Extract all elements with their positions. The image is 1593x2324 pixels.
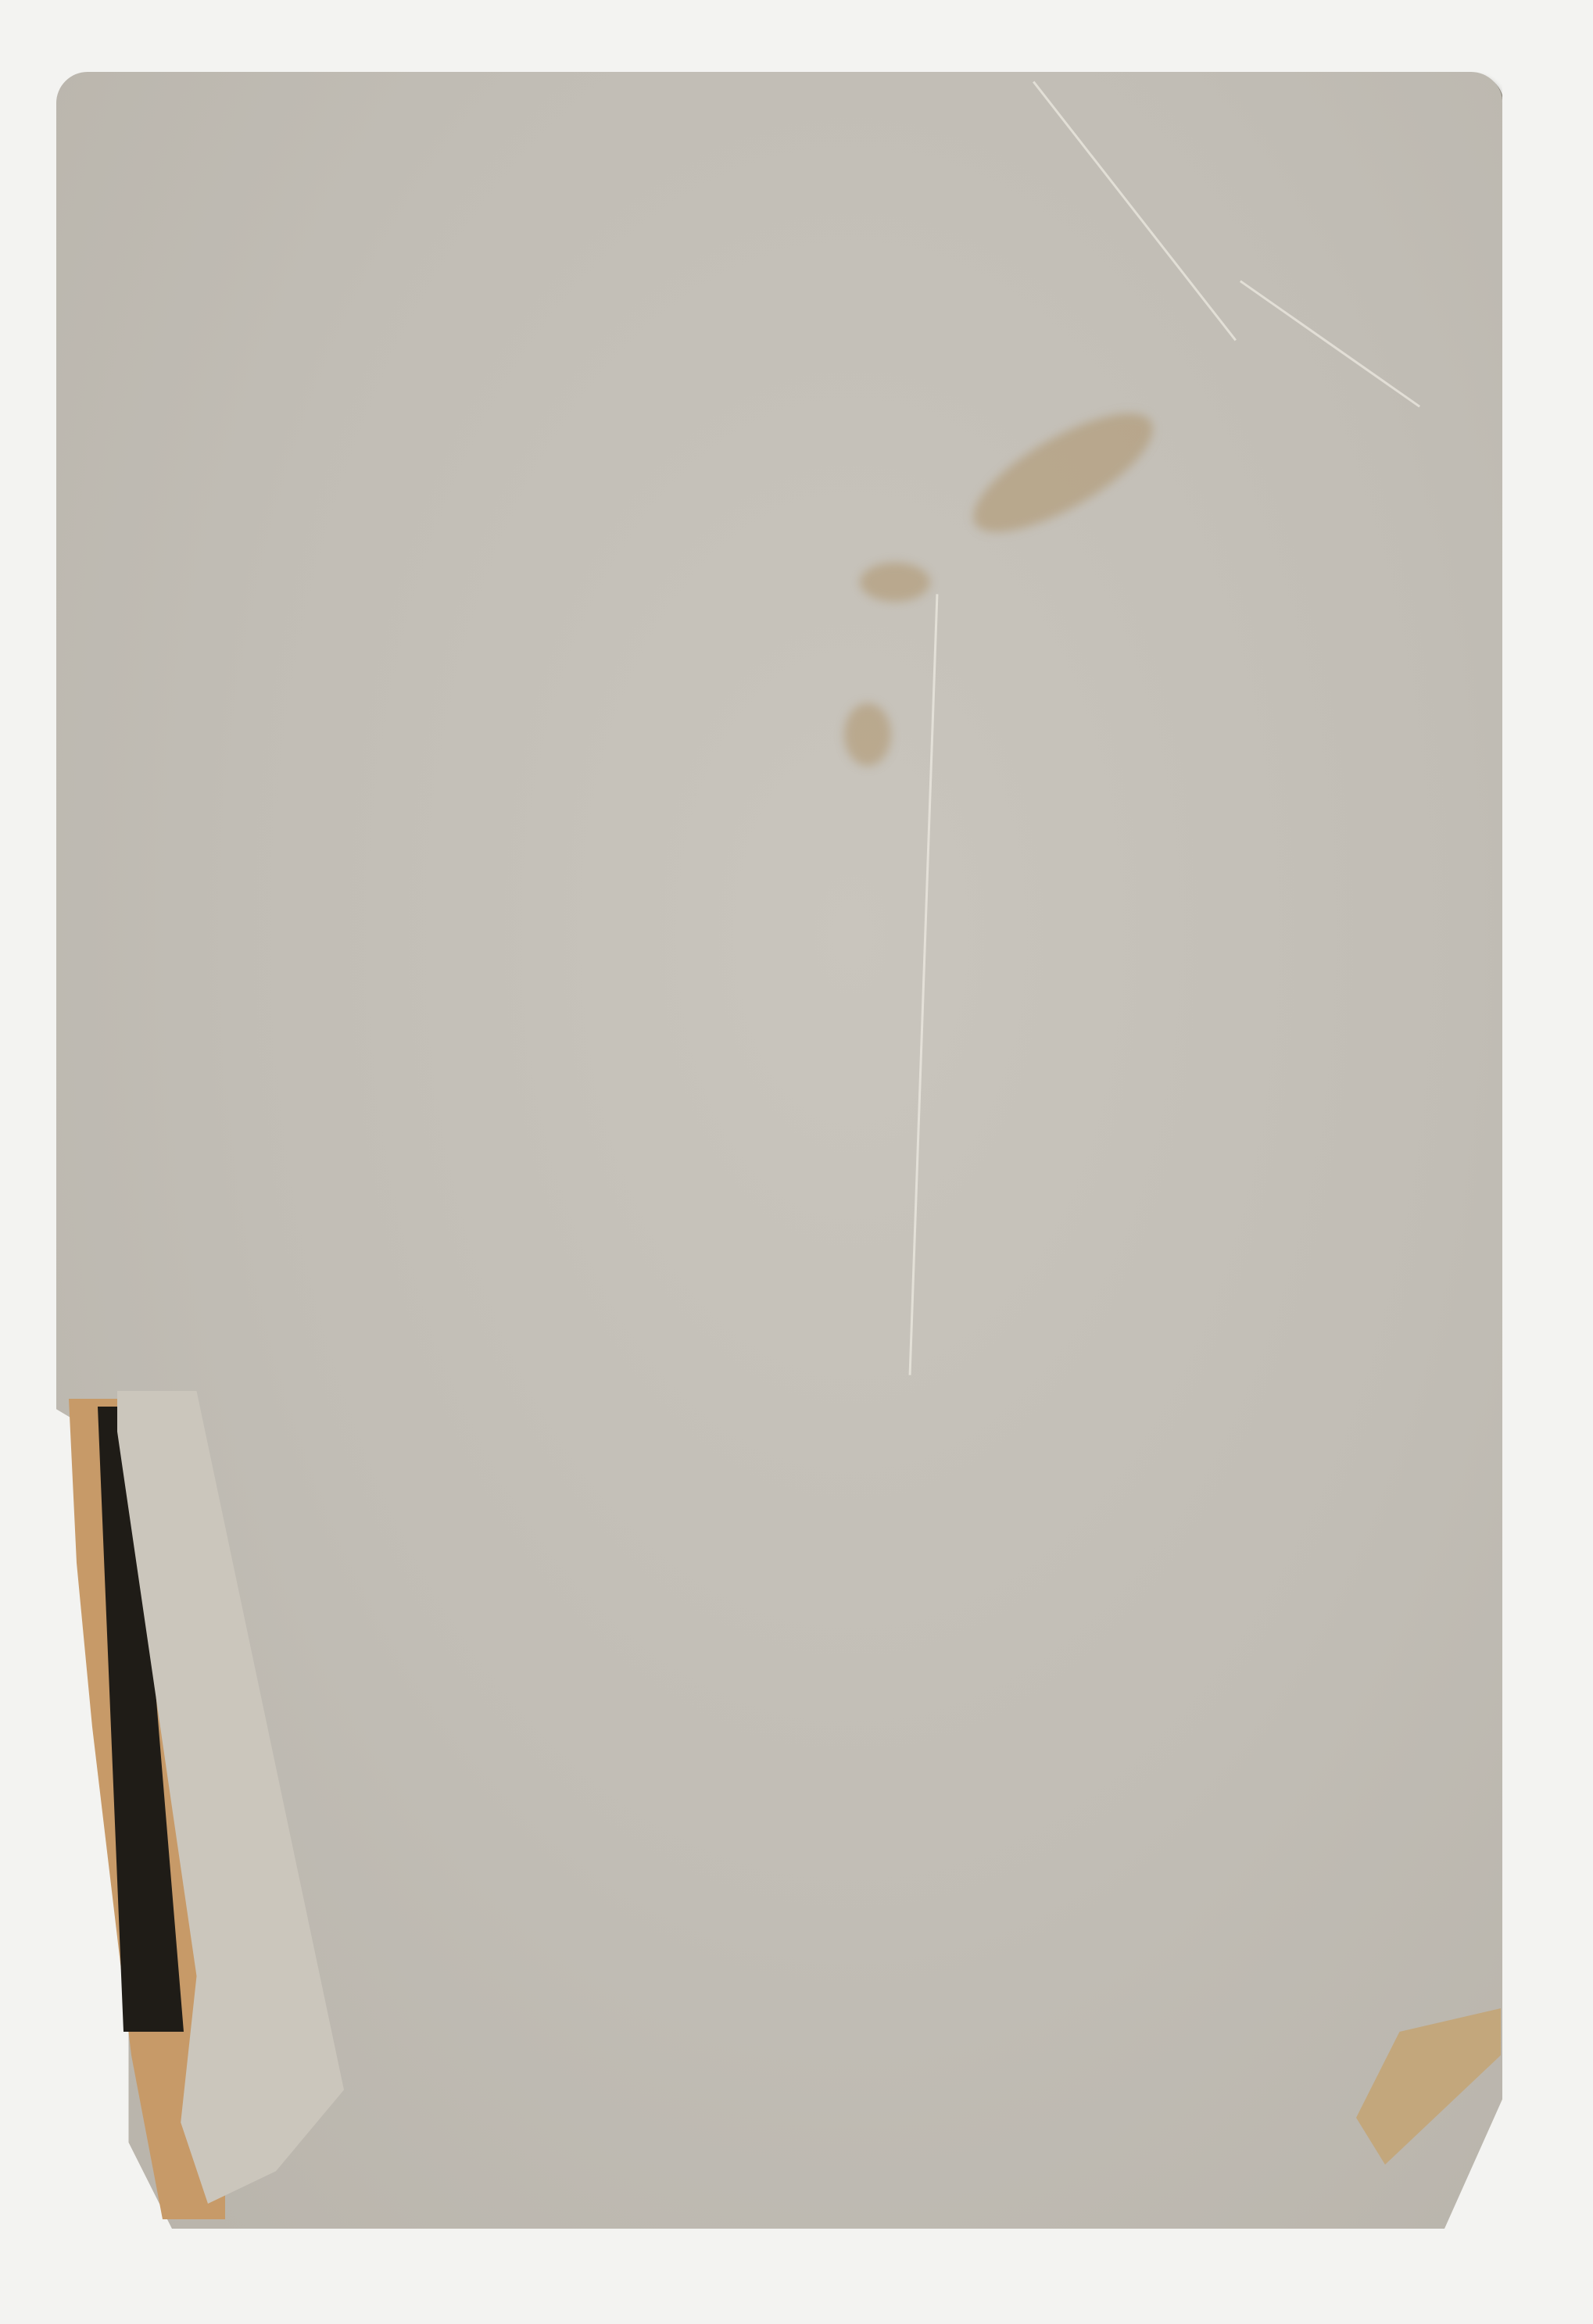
stain <box>844 703 891 766</box>
stain <box>860 563 930 602</box>
